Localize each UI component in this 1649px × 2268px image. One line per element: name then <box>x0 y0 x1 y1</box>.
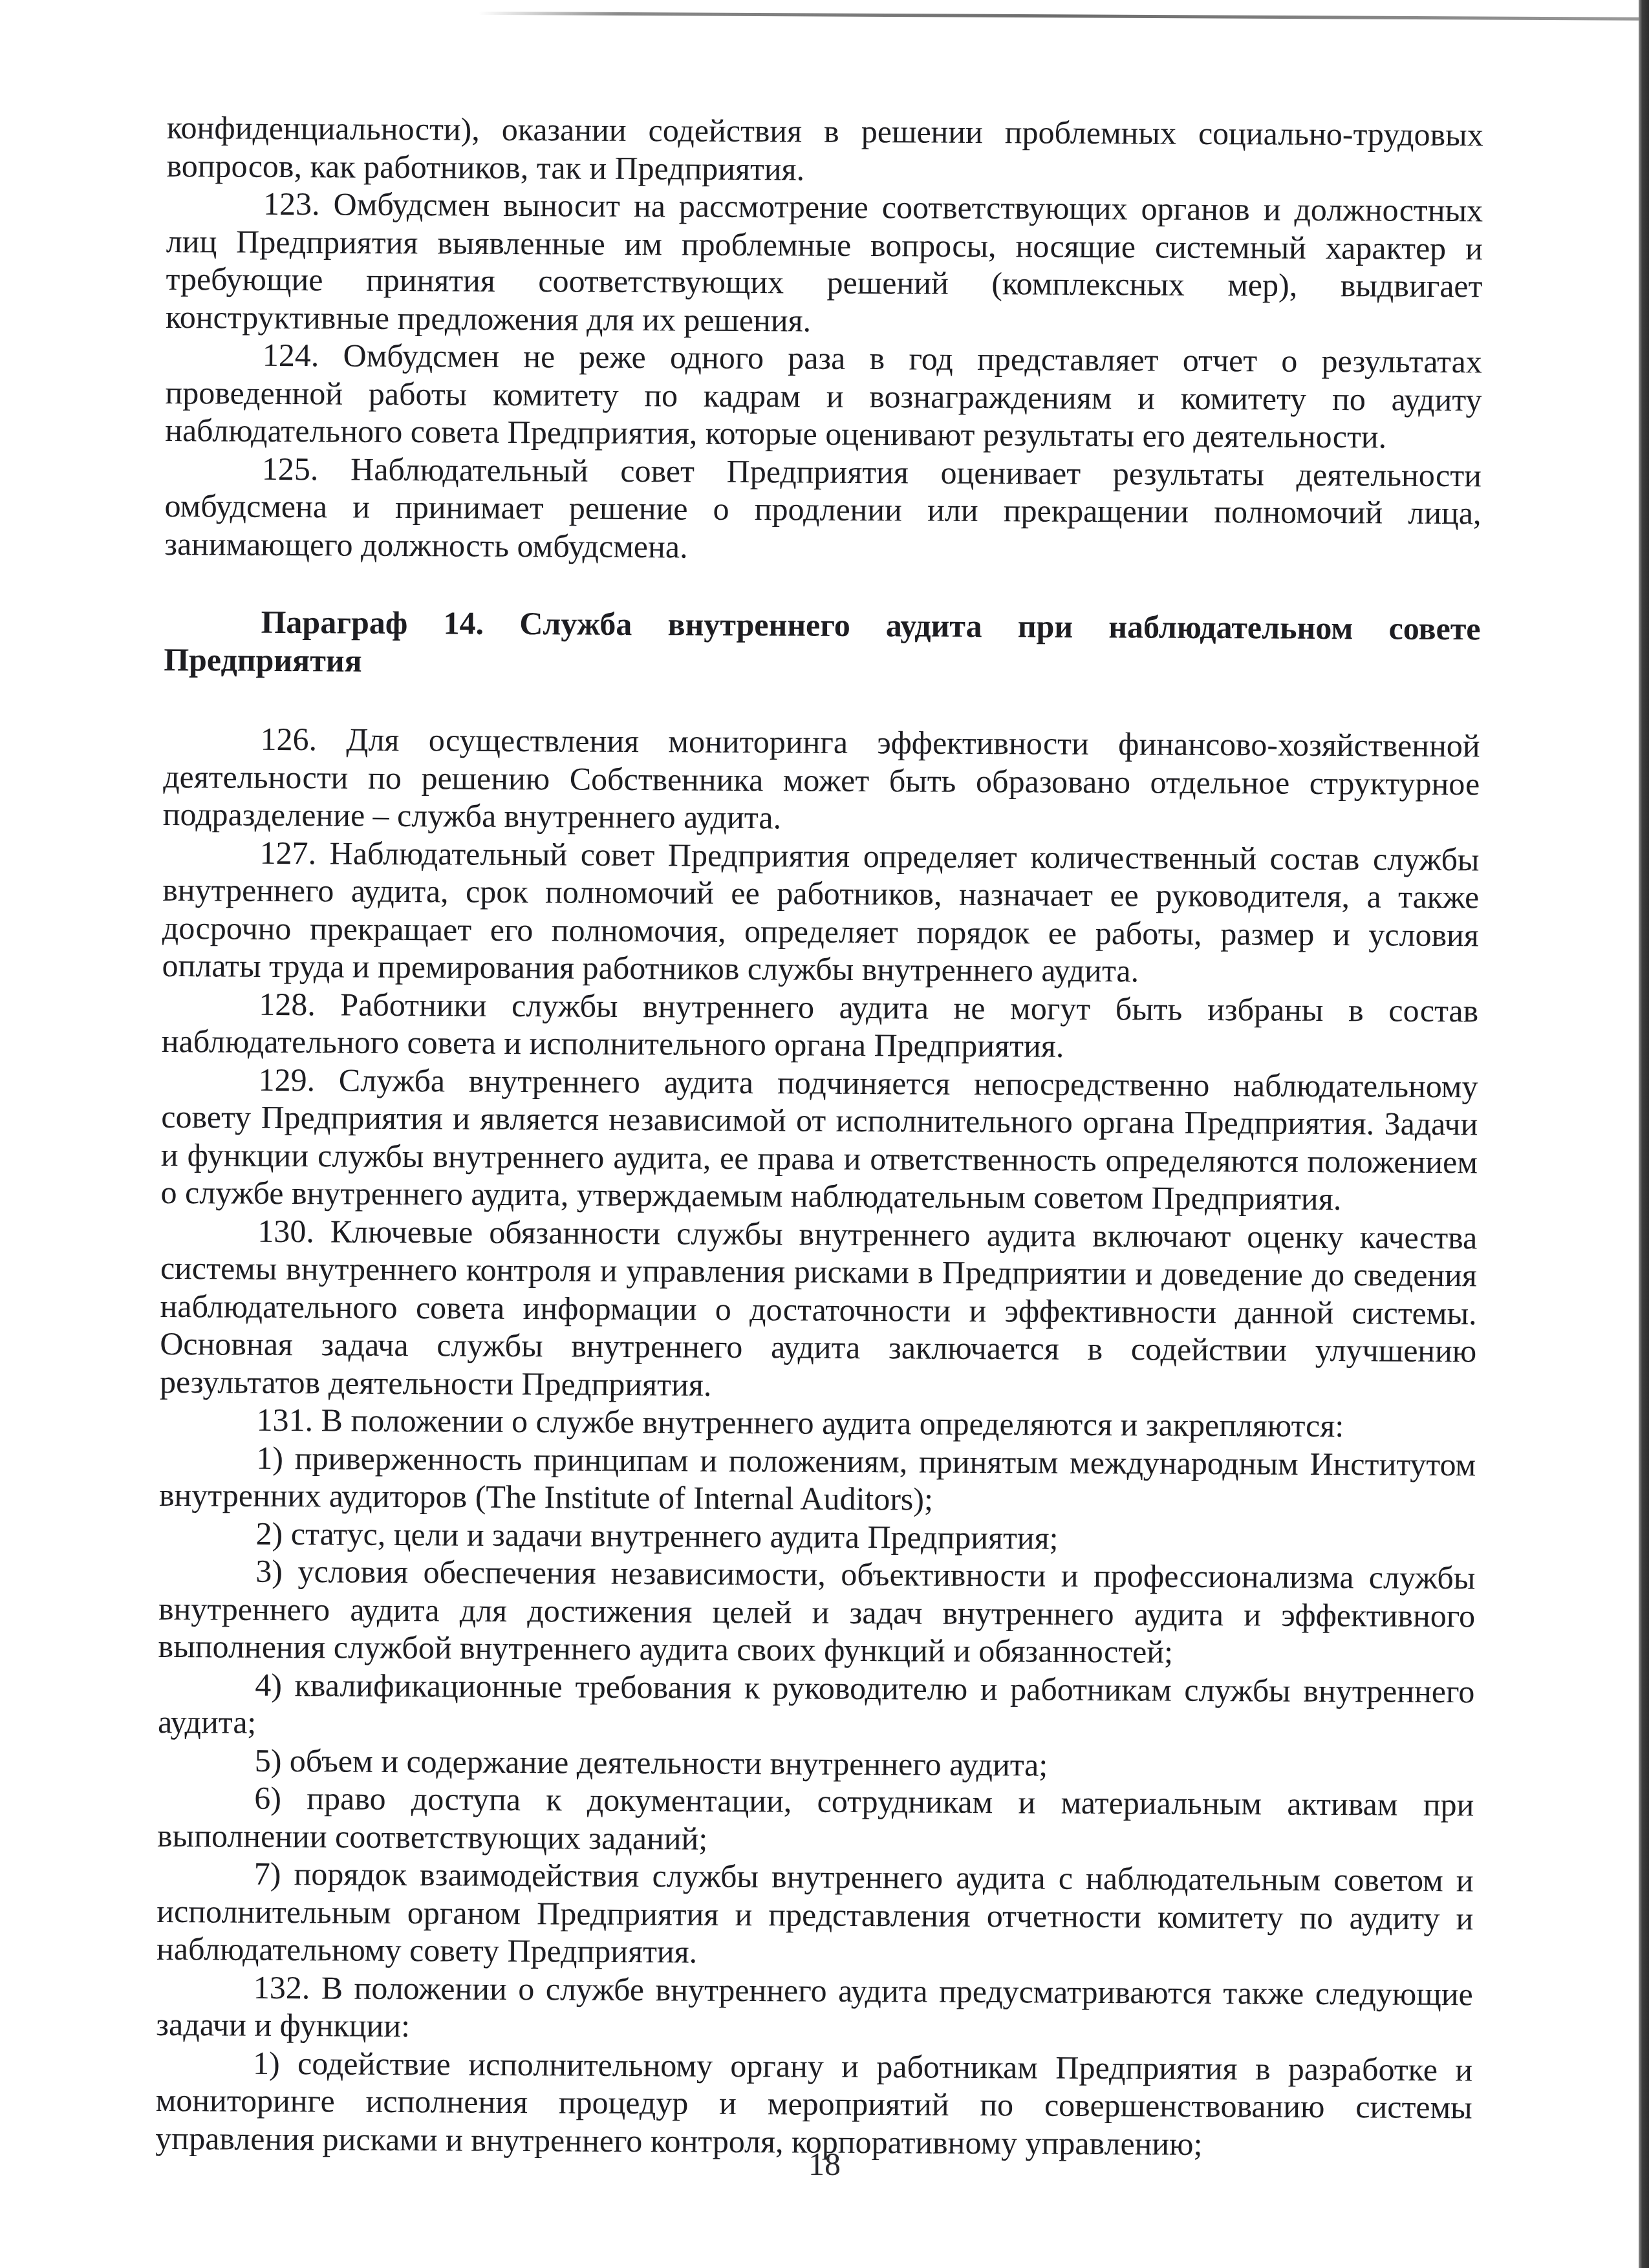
document-page: конфиденциальности), оказании содействия… <box>155 109 1483 2164</box>
scan-artifact-right-edge <box>1639 0 1649 2268</box>
paragraph-129: 129. Служба внутреннего аудита подчиняет… <box>160 1060 1478 1218</box>
paragraph-123: 123. Омбудсмен выносит на рассмотрение с… <box>166 184 1483 343</box>
paragraph-127: 127. Наблюдательный совет Предприятия оп… <box>162 833 1479 991</box>
scan-artifact-top-line <box>479 12 1643 21</box>
paragraph-128: 128. Работники службы внутреннего аудита… <box>162 984 1479 1067</box>
paragraph-124: 124. Омбудсмен не реже одного раза в год… <box>165 336 1482 456</box>
list-item-131-6: 6) право доступа к документации, сотрудн… <box>157 1779 1474 1861</box>
paragraph-132: 132. В положении о службе внутреннего ау… <box>156 1967 1473 2050</box>
paragraph-122-continuation: конфиденциальности), оказании содействия… <box>166 109 1483 191</box>
paragraph-125: 125. Наблюдательный совет Предприятия оц… <box>164 449 1482 570</box>
list-item-131-3: 3) условия обеспечения независимости, об… <box>158 1552 1476 1673</box>
paragraph-131: 131. В положении о службе внутреннего ау… <box>160 1400 1476 1446</box>
page-number: 18 <box>0 2145 1649 2183</box>
list-item-131-4: 4) квалификационные требования к руковод… <box>158 1665 1475 1748</box>
list-item-131-7: 7) порядок взаимодействия службы внутрен… <box>156 1854 1474 1975</box>
paragraph-126: 126. Для осуществления мониторинга эффек… <box>163 720 1480 840</box>
paragraph-130: 130. Ключевые обязанности службы внутрен… <box>160 1211 1478 1407</box>
list-item-131-1: 1) приверженность принципам и положениям… <box>159 1438 1476 1521</box>
section-heading-paragraph-14: Параграф 14. Служба внутреннего аудита п… <box>164 603 1481 685</box>
